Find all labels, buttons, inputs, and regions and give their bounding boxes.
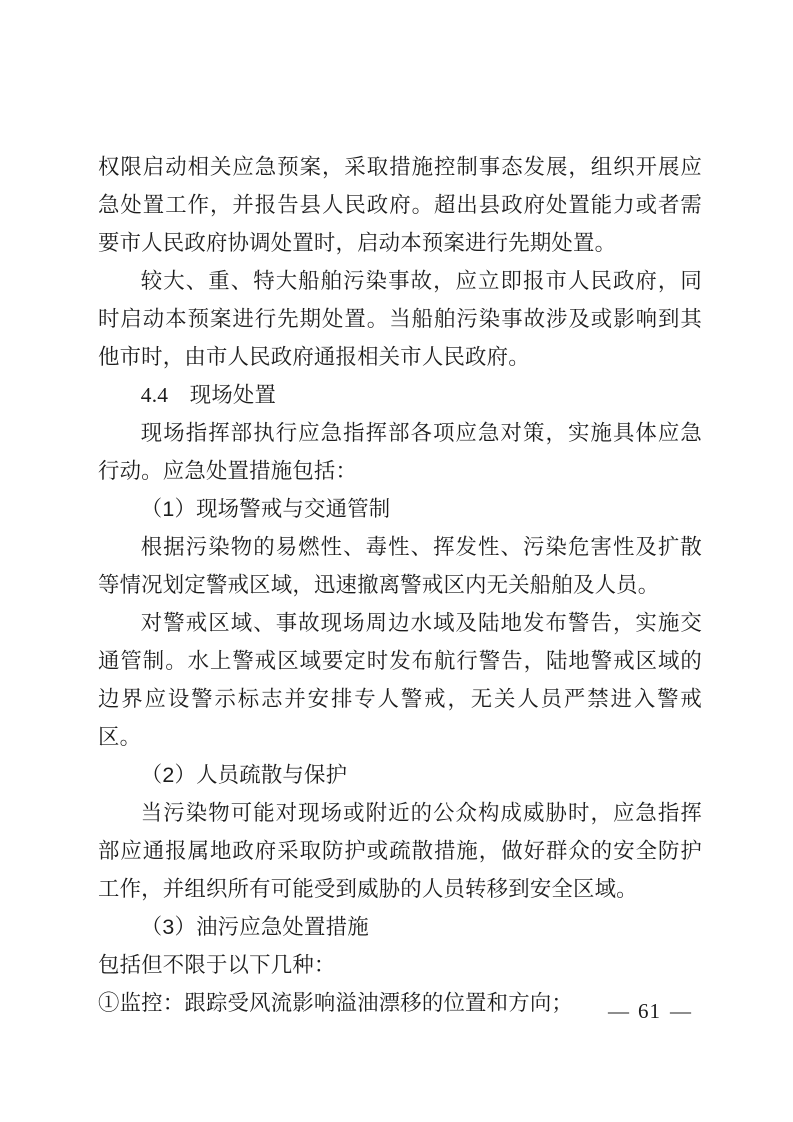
page-footer: —61—: [599, 997, 700, 1025]
document-content: 权限启动相关应急预案，采取措施控制事态发展，组织开展应急处置工作，并报告县人民政…: [98, 148, 702, 1022]
footer-dash-right: —: [670, 997, 691, 1025]
paragraph-includes-following: 包括但不限于以下几种：: [98, 946, 702, 984]
subheading-3-oil-response: （3）油污应急处置措施: [98, 908, 702, 946]
page-number: 61: [638, 997, 661, 1025]
section-heading-4-4: 4.4 现场处置: [98, 376, 702, 414]
paragraph-major-accidents: 较大、重、特大船舶污染事故，应立即报市人民政府，同时启动本预案进行先期处置。当船…: [98, 262, 702, 376]
paragraph-pollutant-properties: 根据污染物的易燃性、毒性、挥发性、污染危害性及扩散等情况划定警戒区域，迅速撤离警…: [98, 528, 702, 604]
document-page: 权限启动相关应急预案，采取措施控制事态发展，组织开展应急处置工作，并报告县人民政…: [0, 0, 793, 1122]
subheading-2-evacuation: （2）人员疏散与保护: [98, 756, 702, 794]
subheading-1-site-security: （1）现场警戒与交通管制: [98, 490, 702, 528]
paragraph-public-threat: 当污染物可能对现场或附近的公众构成威胁时，应急指挥部应通报属地政府采取防护或疏散…: [98, 794, 702, 908]
paragraph-onsite-command: 现场指挥部执行应急指挥部各项应急对策，实施具体应急行动。应急处置措施包括：: [98, 414, 702, 490]
footer-dash-left: —: [608, 997, 629, 1025]
paragraph-continuation: 权限启动相关应急预案，采取措施控制事态发展，组织开展应急处置工作，并报告县人民政…: [98, 148, 702, 262]
paragraph-warning-zone: 对警戒区域、事故现场周边水域及陆地发布警告，实施交通管制。水上警戒区域要定时发布…: [98, 604, 702, 756]
